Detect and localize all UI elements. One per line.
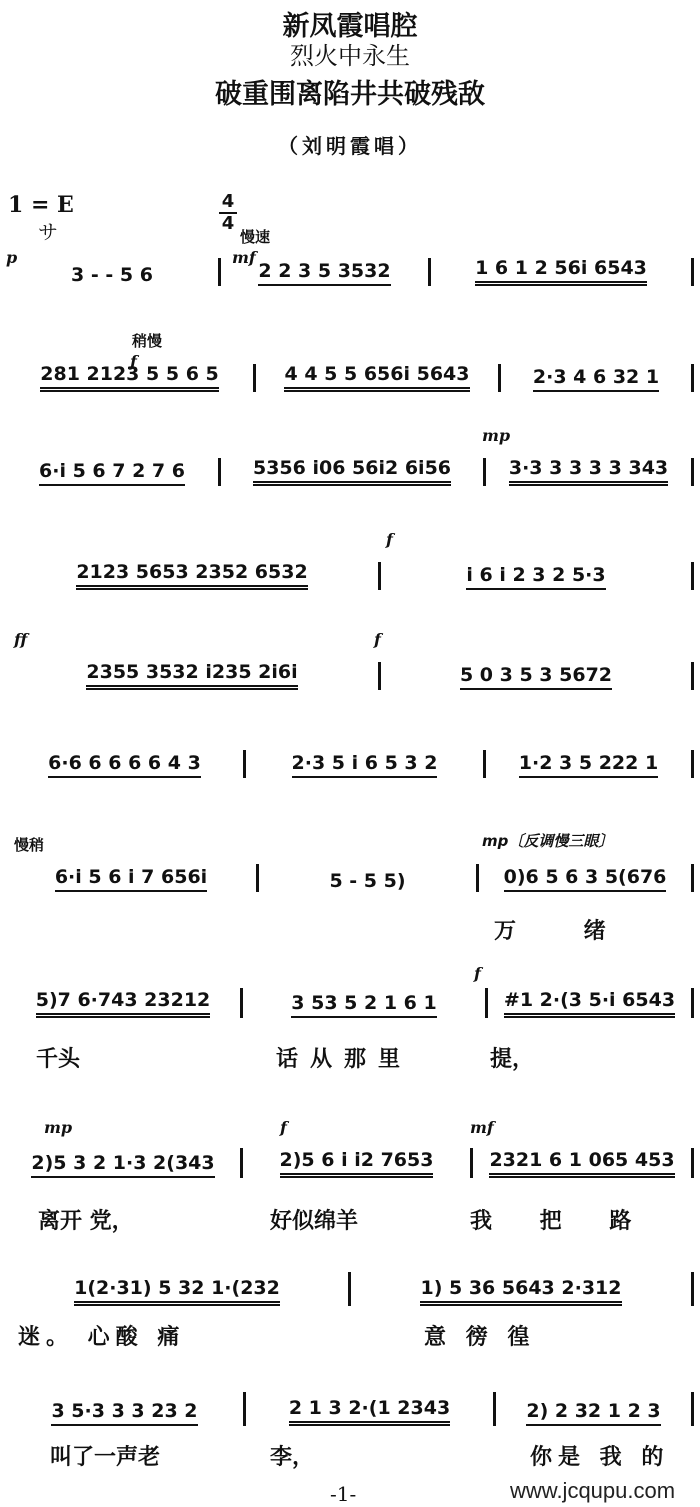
time-signature: 4 4 — [218, 192, 238, 234]
score-row-11: 3 5·3 3 3 23 2 2 1 3 2·(1 2343 2) 2 32 1… — [0, 1386, 700, 1476]
barline — [691, 750, 694, 778]
note-group: 3 53 5 2 1 6 1 — [291, 992, 436, 1018]
song-title: 破重围离陷井共破残敌 — [0, 72, 700, 111]
barline — [691, 364, 694, 392]
lyrics: 好似绵羊 — [270, 1204, 358, 1235]
dynamic-mark: mf — [470, 1118, 494, 1137]
note-group: 3 - - 5 6 — [71, 264, 153, 286]
watermark: www.jcqupu.com — [510, 1478, 675, 1504]
lyrics: 千头 — [36, 1042, 80, 1073]
lyrics: 万 绪 — [494, 914, 636, 945]
note-group: 3 5·3 3 3 23 2 — [51, 1400, 197, 1426]
note-group: 2321 6 1 065 453 — [489, 1149, 674, 1178]
note-group: #1 2·(3 5·i 6543 — [504, 989, 675, 1018]
barline — [691, 562, 694, 590]
lyrics: 迷。 心酸 痛 — [18, 1320, 185, 1351]
barline — [691, 662, 694, 690]
tempo-mark: 慢稍 — [14, 834, 44, 855]
score-row-3: mp 6·i 5 6 7 2 7 6 5356 i06 56i2 6i56 3·… — [0, 426, 700, 486]
lyrics: 你是 我 的 — [530, 1440, 669, 1471]
note-group: 2 1 3 2·(1 2343 — [289, 1397, 450, 1426]
note-group: 3·3 3 3 3 3 343 — [509, 457, 668, 486]
page-number: -1- — [330, 1482, 356, 1506]
score-row-2: 稍慢 f 281 2123 5 5 6 5 4 4 5 5 656i 5643 … — [0, 330, 700, 392]
dynamic-mark: f — [280, 1118, 287, 1137]
lyrics: 意 徬 徨 — [424, 1320, 535, 1351]
dynamic-mark: f — [474, 964, 481, 983]
note-group: 5356 i06 56i2 6i56 — [253, 457, 451, 486]
singer-credit: （刘明霞唱） — [0, 130, 700, 159]
note-group: 5 - 5 5) — [329, 870, 405, 892]
lyrics: 话从那里 — [276, 1042, 412, 1073]
key-signature: 1 = E — [8, 192, 74, 218]
dynamic-mark: mp — [482, 426, 510, 445]
note-group: 2123 5653 2352 6532 — [76, 561, 307, 590]
note-group: 1·2 3 5 222 1 — [519, 752, 658, 778]
lyrics: 提， — [490, 1042, 534, 1073]
note-group: 6·i 5 6 7 2 7 6 — [39, 460, 185, 486]
dynamic-mark: ff — [14, 630, 27, 649]
note-group: 5 0 3 5 3 5672 — [460, 664, 612, 690]
tempo-mark: 稍慢 — [132, 330, 162, 351]
barline — [691, 458, 694, 486]
play-title: 烈火中永生 — [0, 36, 700, 71]
note-group: 281 2123 5 5 6 5 — [40, 363, 219, 392]
barline — [691, 1272, 694, 1306]
ts-top: 4 — [218, 192, 238, 212]
note-group: 5)7 6·743 23212 — [36, 989, 211, 1018]
banqiang-mark: mp〔反调慢三眼〕 — [482, 830, 613, 851]
score-row-9: mp f mf 2)5 3 2 1·3 2(343 2)5 6 i i2 765… — [0, 1118, 700, 1234]
score-row-5: ff f 2355 3532 i235 2i6i 5 0 3 5 3 5672 — [0, 630, 700, 690]
score-row-7: 慢稍 mp〔反调慢三眼〕 6·i 5 6 i 7 656i 5 - 5 5) 0… — [0, 830, 700, 950]
note-group: 6·i 5 6 i 7 656i — [55, 866, 207, 892]
dynamic-mark: f — [374, 630, 381, 649]
barline — [691, 1148, 694, 1178]
barline — [691, 1392, 694, 1426]
note-group: 2355 3532 i235 2i6i — [86, 661, 297, 690]
score-row-8: f 5)7 6·743 23212 3 53 5 2 1 6 1 #1 2·(3… — [0, 964, 700, 1074]
note-group: 4 4 5 5 656i 5643 — [284, 363, 469, 392]
barline — [691, 988, 694, 1018]
dynamic-mark: mp — [44, 1118, 72, 1137]
note-group: 6·6 6 6 6 6 4 3 — [48, 752, 201, 778]
note-group: 1(2·31) 5 32 1·(232 — [74, 1277, 280, 1306]
note-group: 2)5 6 i i2 7653 — [280, 1149, 434, 1178]
note-group: 0)6 5 6 3 5(676 — [504, 866, 667, 892]
note-group: 1 6 1 2 56i 6543 — [475, 257, 647, 286]
note-group: i 6 i 2 3 2 5·3 — [466, 564, 605, 590]
note-group: 2)5 3 2 1·3 2(343 — [31, 1152, 214, 1178]
free-meter-mark: サ — [38, 216, 58, 245]
tempo-mark: 慢速 — [240, 226, 270, 247]
score-row-1: p mf 3 - - 5 6 2 2 3 5 3532 1 6 1 2 56i … — [0, 246, 700, 286]
note-group: 2·3 5 i 6 5 3 2 — [292, 752, 438, 778]
barline — [691, 258, 694, 286]
score-row-4: f 2123 5653 2352 6532 i 6 i 2 3 2 5·3 — [0, 530, 700, 590]
lyrics: 离开 党， — [38, 1204, 134, 1235]
note-group: 2) 2 32 1 2 3 — [526, 1400, 660, 1426]
note-group: 2·3 4 6 32 1 — [533, 366, 659, 392]
score-row-6: 6·6 6 6 6 6 4 3 2·3 5 i 6 5 3 2 1·2 3 5 … — [0, 742, 700, 782]
lyrics: 叫了一声老 — [50, 1440, 160, 1471]
ts-bottom: 4 — [218, 214, 238, 234]
note-group: 2 2 3 5 3532 — [258, 260, 390, 286]
dynamic-mark: f — [386, 530, 393, 549]
note-group: 1) 5 36 5643 2·312 — [420, 1277, 621, 1306]
barline — [691, 864, 694, 892]
lyrics: 我 把 路 — [470, 1204, 651, 1235]
score-row-10: 1(2·31) 5 32 1·(232 1) 5 36 5643 2·312 迷… — [0, 1262, 700, 1362]
lyrics: 李， — [270, 1440, 314, 1471]
